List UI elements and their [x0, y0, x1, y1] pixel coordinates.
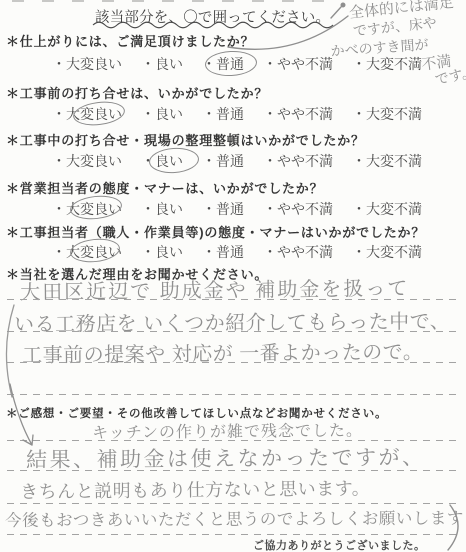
- handwriting-reason-line: 工事前の提案や 対応が 一番よかったので。: [22, 335, 423, 368]
- rating-option: ・普通: [202, 151, 244, 171]
- option-text: 良い: [155, 242, 183, 262]
- option-bullet: ・: [52, 151, 66, 171]
- rating-option: ・やや不満: [263, 54, 333, 74]
- rating-option: ・やや不満: [263, 104, 333, 124]
- question-label-sales-manner: ＊営業担当者の態度・マナーは、いかがでしたか？: [6, 178, 323, 197]
- rating-option: ・大変不満: [352, 242, 422, 262]
- option-bullet: ・: [263, 199, 277, 219]
- handwriting-feedback-line: キッチンの作りが雑で残念でした。: [92, 418, 363, 443]
- guide-line: [7, 331, 459, 332]
- option-bullet: ・: [141, 104, 155, 124]
- option-bullet: ・: [352, 104, 366, 124]
- option-text: 普通: [216, 151, 244, 171]
- rating-option: ・良い: [141, 242, 183, 262]
- option-bullet: ・: [263, 54, 277, 74]
- option-text: 普通: [216, 242, 244, 262]
- option-text: 良い: [155, 104, 183, 124]
- option-text: 大変不満: [366, 151, 422, 171]
- guide-line: [7, 362, 459, 363]
- option-bullet: ・: [141, 199, 155, 219]
- option-bullet: ・: [263, 151, 277, 171]
- question-label-finish: ＊仕上がりには、ご満足頂けましたか？: [6, 31, 254, 50]
- rating-option: ・普通: [202, 242, 244, 262]
- option-bullet: ・: [52, 104, 66, 124]
- option-bullet: ・: [352, 151, 366, 171]
- option-text: 良い: [155, 54, 183, 74]
- option-bullet: ・: [202, 104, 216, 124]
- option-text: やや不満: [277, 199, 333, 219]
- rating-option: ・良い: [141, 199, 183, 219]
- pen-flourish-dot: [341, 3, 346, 8]
- option-text: 大変不満: [366, 199, 422, 219]
- rating-option: ・やや不満: [263, 242, 333, 262]
- rating-option: ・やや不満: [263, 151, 333, 171]
- pen-flourish-icon: [331, 7, 341, 18]
- option-bullet: ・: [141, 242, 155, 262]
- rating-option: ・普通: [202, 104, 244, 124]
- question-label-premeeting: ＊工事前の打ち合せは、いかがでしたか？: [6, 83, 268, 102]
- option-text: やや不満: [277, 104, 333, 124]
- option-bullet: ・: [52, 199, 66, 219]
- rating-option: ・良い: [141, 104, 183, 124]
- guide-line: [7, 299, 459, 300]
- handwriting-feedback-line: 結果、補助金は使えなかったですが、: [26, 441, 426, 474]
- option-text: 大変良い: [66, 54, 122, 74]
- rating-option: ・大変不満: [352, 104, 422, 124]
- option-bullet: ・: [141, 54, 155, 74]
- option-bullet: ・: [52, 242, 66, 262]
- handwriting-feedback-line: きちんと説明もあり仕方ないと思います。: [20, 474, 370, 504]
- handwriting-reason-line: いる工務店を いくつか紹介してもらった中で、: [14, 305, 450, 337]
- option-text: 大変不満: [366, 242, 422, 262]
- rating-option: ・大変良い: [52, 151, 122, 171]
- rating-option: ・良い: [141, 54, 183, 74]
- option-text: 大変不満: [366, 104, 422, 124]
- option-bullet: ・: [263, 242, 277, 262]
- page-cutoff-marks: [12, 0, 342, 2]
- option-bullet: ・: [263, 104, 277, 124]
- handdrawn-bracket: [6, 305, 14, 397]
- guide-line: [7, 394, 459, 395]
- option-text: 良い: [155, 199, 183, 219]
- option-text: 大変良い: [66, 151, 122, 171]
- option-text: 普通: [216, 199, 244, 219]
- rating-option: ・やや不満: [263, 199, 333, 219]
- option-bullet: ・: [202, 242, 216, 262]
- option-text: やや不満: [277, 54, 333, 74]
- option-bullet: ・: [52, 54, 66, 74]
- option-text: やや不満: [277, 151, 333, 171]
- option-text: 普通: [216, 104, 244, 124]
- option-text: やや不満: [277, 242, 333, 262]
- rating-row: ・大変良い ・良い ・普通 ・やや不満 ・大変不満: [52, 151, 422, 171]
- option-bullet: ・: [202, 151, 216, 171]
- option-bullet: ・: [352, 199, 366, 219]
- rating-option: ・大変不満: [352, 199, 422, 219]
- thanks-footer: ご協力ありがとうございました。: [253, 537, 426, 552]
- survey-sheet: 該当部分を、〇で囲ってください。 ＊仕上がりには、ご満足頂けましたか？ ・大変良…: [0, 0, 466, 552]
- rating-option: ・普通: [202, 199, 244, 219]
- handwriting-reason-line: 大田区近辺で 助成金や 補助金を扱って: [20, 272, 409, 305]
- rating-option: ・大変不満: [352, 151, 422, 171]
- question-label-worker-manner: ＊工事担当者（職人・作業員等)の態度・マナーはいかがでしたか？: [6, 222, 425, 241]
- option-bullet: ・: [202, 199, 216, 219]
- guide-line: [7, 534, 459, 535]
- question-label-midmeeting: ＊工事中の打ち合せ・現場の整理整頓はいかがでしたか？: [6, 130, 365, 149]
- handwriting-feedback-line: 今後もおつきあいいただくと思うのでよろしくお願いします: [5, 505, 464, 531]
- rating-option: ・大変良い: [52, 54, 122, 74]
- survey-instruction: 該当部分を、〇で囲ってください。: [95, 6, 330, 27]
- option-bullet: ・: [352, 242, 366, 262]
